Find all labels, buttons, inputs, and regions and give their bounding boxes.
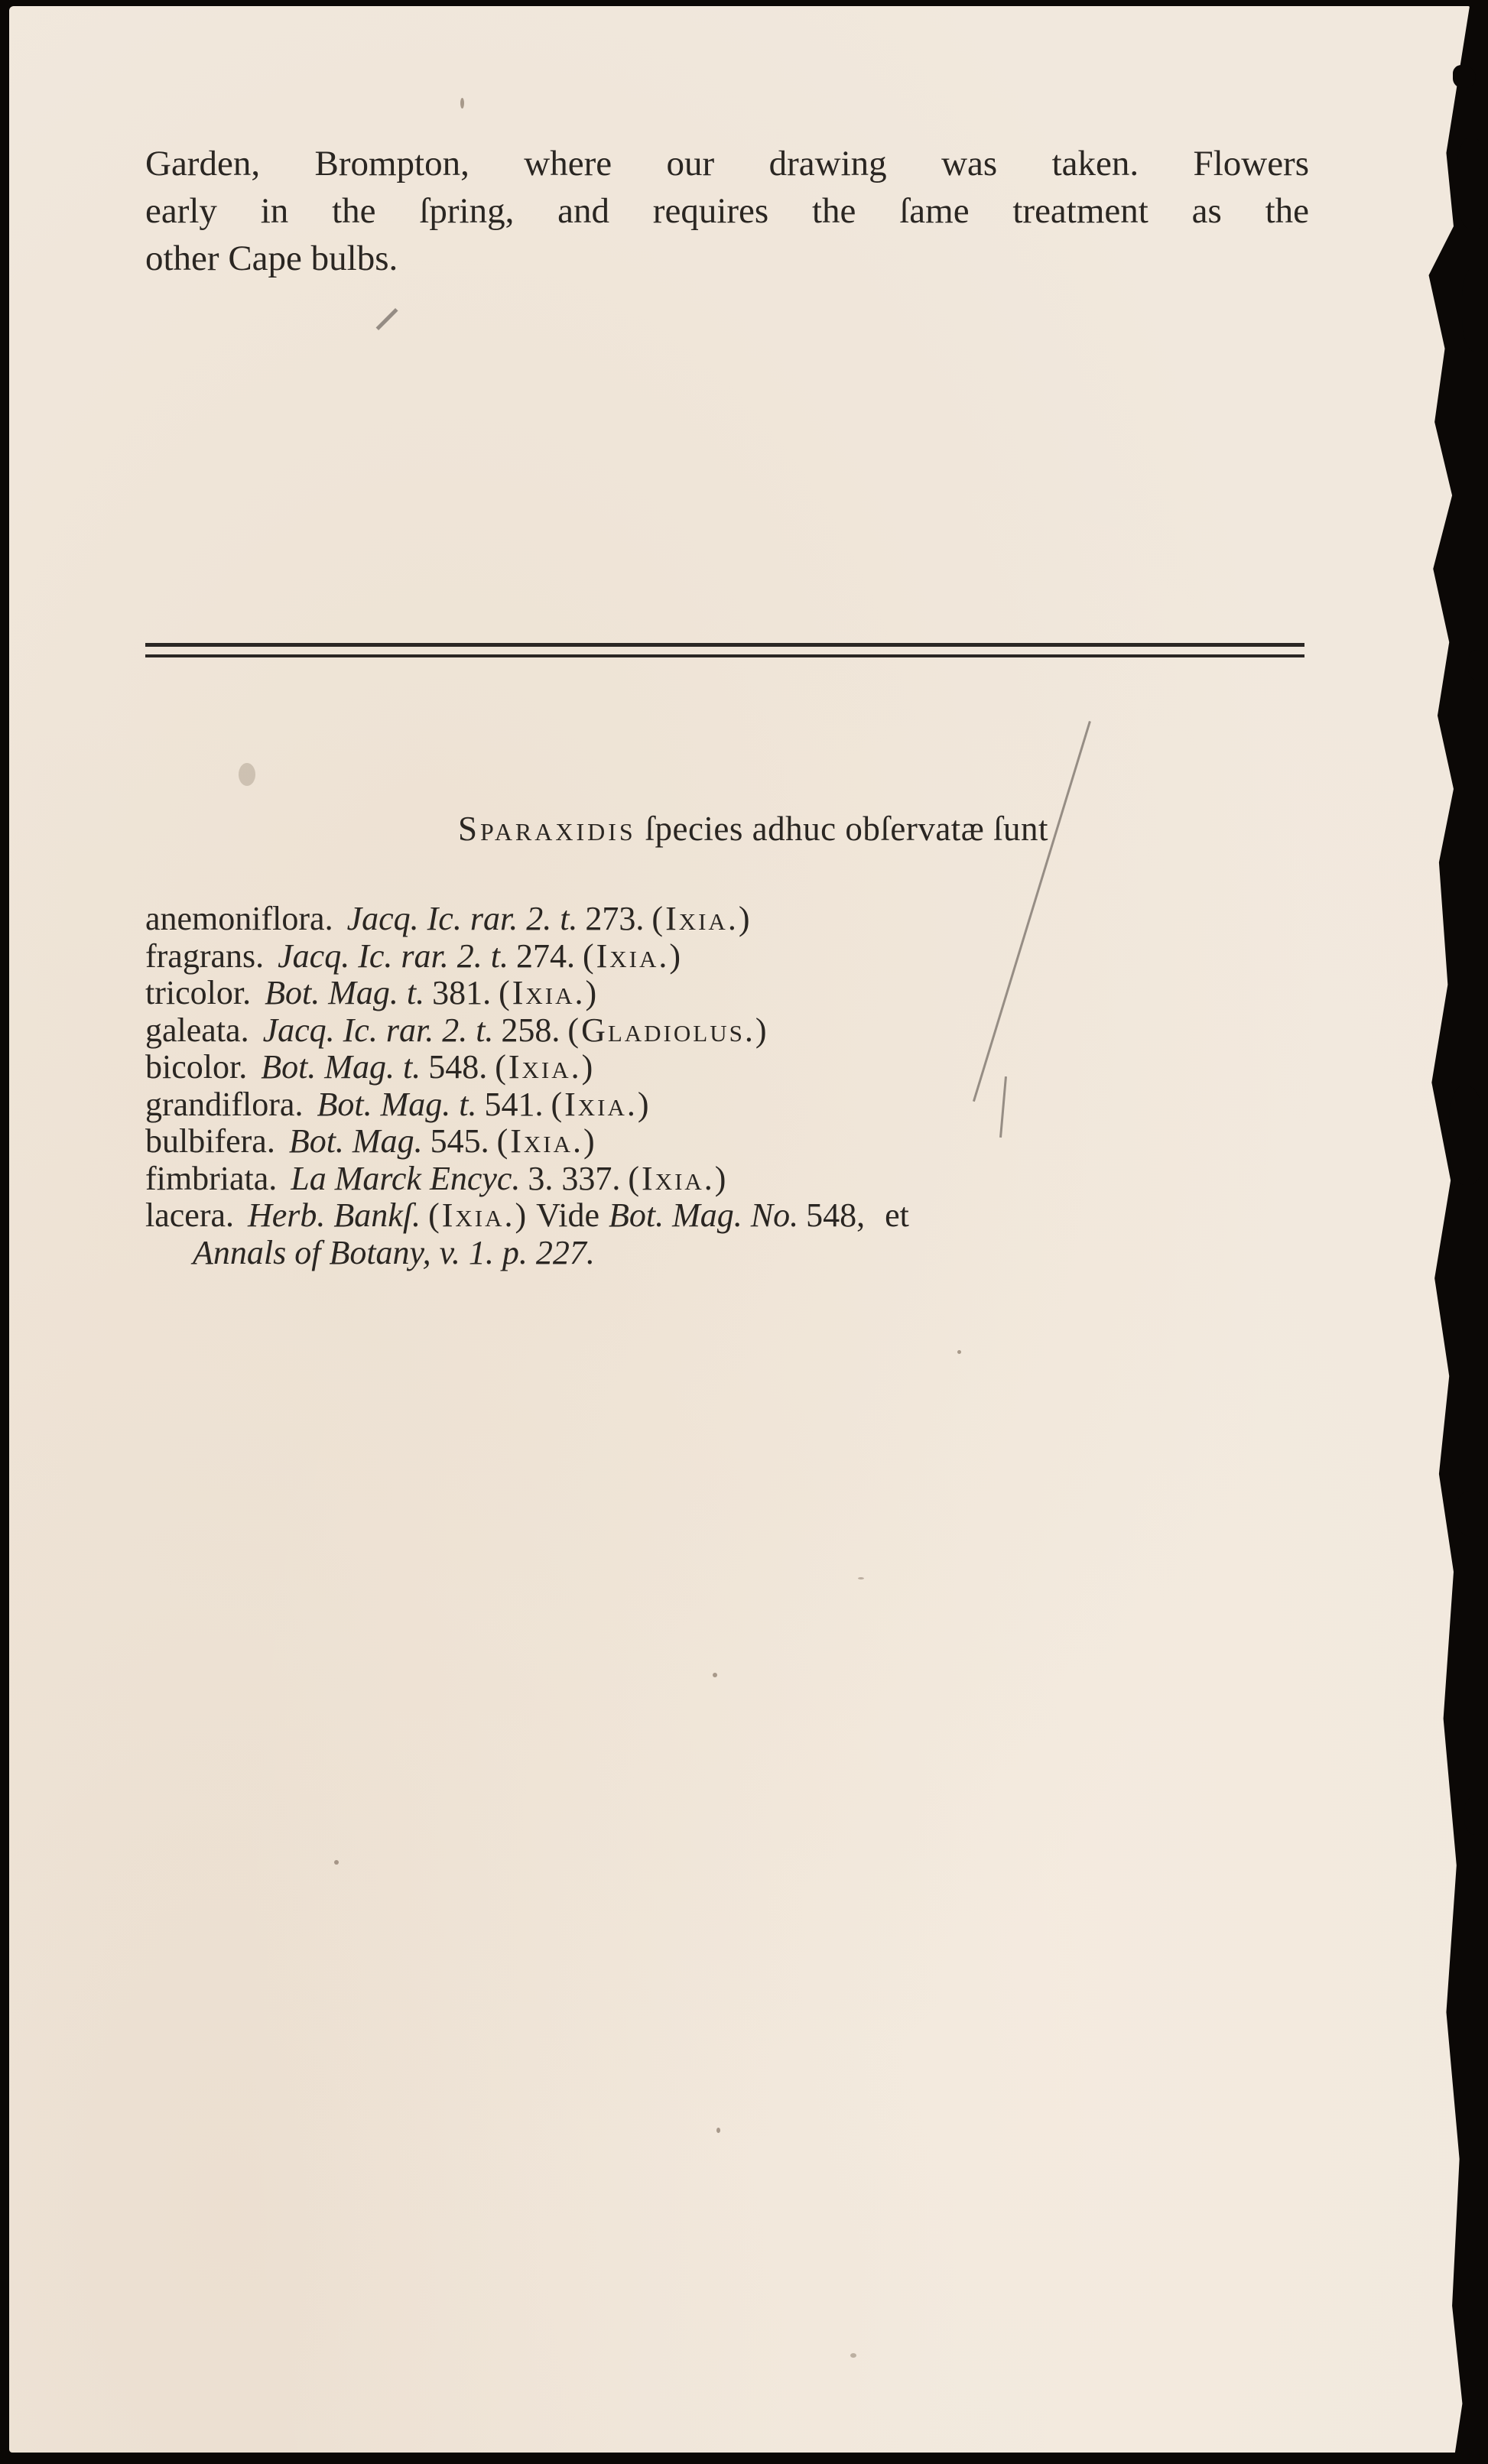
paper-damage (1464, 1797, 1488, 1835)
paper-speck (239, 763, 255, 786)
species-name: anemoniflora. (145, 900, 333, 937)
paper-speck (460, 98, 464, 109)
species-entry-continuation: Annals of Botany, v. 1. p. 227. (145, 1235, 1311, 1272)
species-name: galeata. (145, 1011, 249, 1049)
body-line-1: Garden, Brompton, where our drawing was … (145, 140, 1309, 187)
et-conjunction: et (885, 1196, 909, 1234)
paper-damage (1462, 268, 1488, 352)
species-name: bicolor. (145, 1048, 247, 1086)
paper-damage (1468, 650, 1488, 680)
species-reference: Bot. Mag. (289, 1122, 423, 1160)
paper-damage (1457, 1491, 1488, 1537)
synonym-genus: (Ixia.) (583, 937, 683, 975)
pencil-mark (376, 308, 398, 330)
paper-speck (716, 2128, 720, 2133)
paper-speck (850, 2353, 856, 2358)
species-entry: grandiflora.Bot. Mag. t.541.(Ixia.) (145, 1086, 1311, 1124)
double-rule-top (145, 643, 1304, 647)
species-reference: Bot. Mag. t. (317, 1086, 476, 1123)
species-name: lacera. (145, 1196, 234, 1234)
species-reference: La Marck Encyc. (291, 1160, 520, 1197)
vide-label: Vide (536, 1196, 599, 1234)
species-name: fragrans. (145, 937, 264, 975)
paper-speck (334, 1860, 339, 1865)
vide-number: 548, (806, 1196, 865, 1234)
species-entry: fragrans.Jacq. Ic. rar. 2. t.274.(Ixia.) (145, 938, 1311, 976)
plate-number: 274. (516, 937, 575, 975)
species-name: fimbriata. (145, 1160, 277, 1197)
section-heading: Sparaxidis ſpecies adhuc obſervatæ ſunt (9, 809, 1488, 849)
heading-rest: ſpecies adhuc obſervatæ ſunt (636, 810, 1048, 848)
species-reference: Jacq. Ic. rar. 2. t. (278, 937, 508, 975)
plate-number: 541. (484, 1086, 543, 1123)
double-rule-bottom (145, 654, 1304, 657)
species-reference: Herb. Bankſ. (248, 1196, 421, 1234)
plate-number: 258. (501, 1011, 560, 1049)
paper-damage (1449, 1086, 1487, 1185)
species-reference: Bot. Mag. t. (261, 1048, 421, 1086)
synonym-genus: (Ixia.) (428, 1196, 528, 1234)
species-entry: galeata.Jacq. Ic. rar. 2. t.258.(Gladiol… (145, 1012, 1311, 1050)
species-entry: fimbriata.La Marck Encyc.3. 337.(Ixia.) (145, 1161, 1311, 1198)
species-entry: lacera.Herb. Bankſ.(Ixia.)VideBot. Mag. … (145, 1197, 1311, 1235)
plate-number: 545. (430, 1122, 489, 1160)
species-entry: bicolor.Bot. Mag. t.548.(Ixia.) (145, 1049, 1311, 1086)
vide-reference: Bot. Mag. No. (609, 1196, 798, 1234)
heading-genus: Sparaxidis (458, 810, 636, 848)
body-line-2: early in the ſpring, and requires the ſa… (145, 187, 1309, 235)
plate-number: 3. 337. (528, 1160, 620, 1197)
plate-number: 548. (428, 1048, 487, 1086)
species-reference: Bot. Mag. t. (265, 974, 424, 1011)
synonym-genus: (Ixia.) (628, 1160, 728, 1197)
plate-number: 273. (585, 900, 644, 937)
species-list: anemoniflora.Jacq. Ic. rar. 2. t.273.(Ix… (145, 901, 1311, 1271)
species-name: bulbifera. (145, 1122, 275, 1160)
paper-speck (957, 1350, 961, 1354)
body-line-3: other Cape bulbs. (145, 235, 1309, 282)
paper-speck (858, 1577, 864, 1579)
paragraph-continuation: Garden, Brompton, where our drawing was … (145, 140, 1309, 282)
paper-damage (1457, 138, 1488, 229)
synonym-genus: (Gladiolus.) (567, 1011, 768, 1049)
synonym-genus: (Ixia.) (651, 900, 752, 937)
synonym-genus: (Ixia.) (551, 1086, 651, 1123)
synonym-genus: (Ixia.) (497, 1122, 597, 1160)
paper-damage (1453, 65, 1476, 88)
species-name: tricolor. (145, 974, 251, 1011)
synonym-genus: (Ixia.) (495, 1048, 595, 1086)
paper-speck (713, 1673, 717, 1677)
species-reference: Jacq. Ic. rar. 2. t. (263, 1011, 494, 1049)
synonym-genus: (Ixia.) (499, 974, 599, 1011)
species-entry: tricolor.Bot. Mag. t.381.(Ixia.) (145, 975, 1311, 1012)
species-entry: anemoniflora.Jacq. Ic. rar. 2. t.273.(Ix… (145, 901, 1311, 938)
species-reference: Jacq. Ic. rar. 2. t. (347, 900, 578, 937)
species-name: grandiflora. (145, 1086, 303, 1123)
species-entry: bulbifera.Bot. Mag.545.(Ixia.) (145, 1123, 1311, 1161)
plate-number: 381. (432, 974, 491, 1011)
book-page: Garden, Brompton, where our drawing was … (9, 6, 1470, 2453)
